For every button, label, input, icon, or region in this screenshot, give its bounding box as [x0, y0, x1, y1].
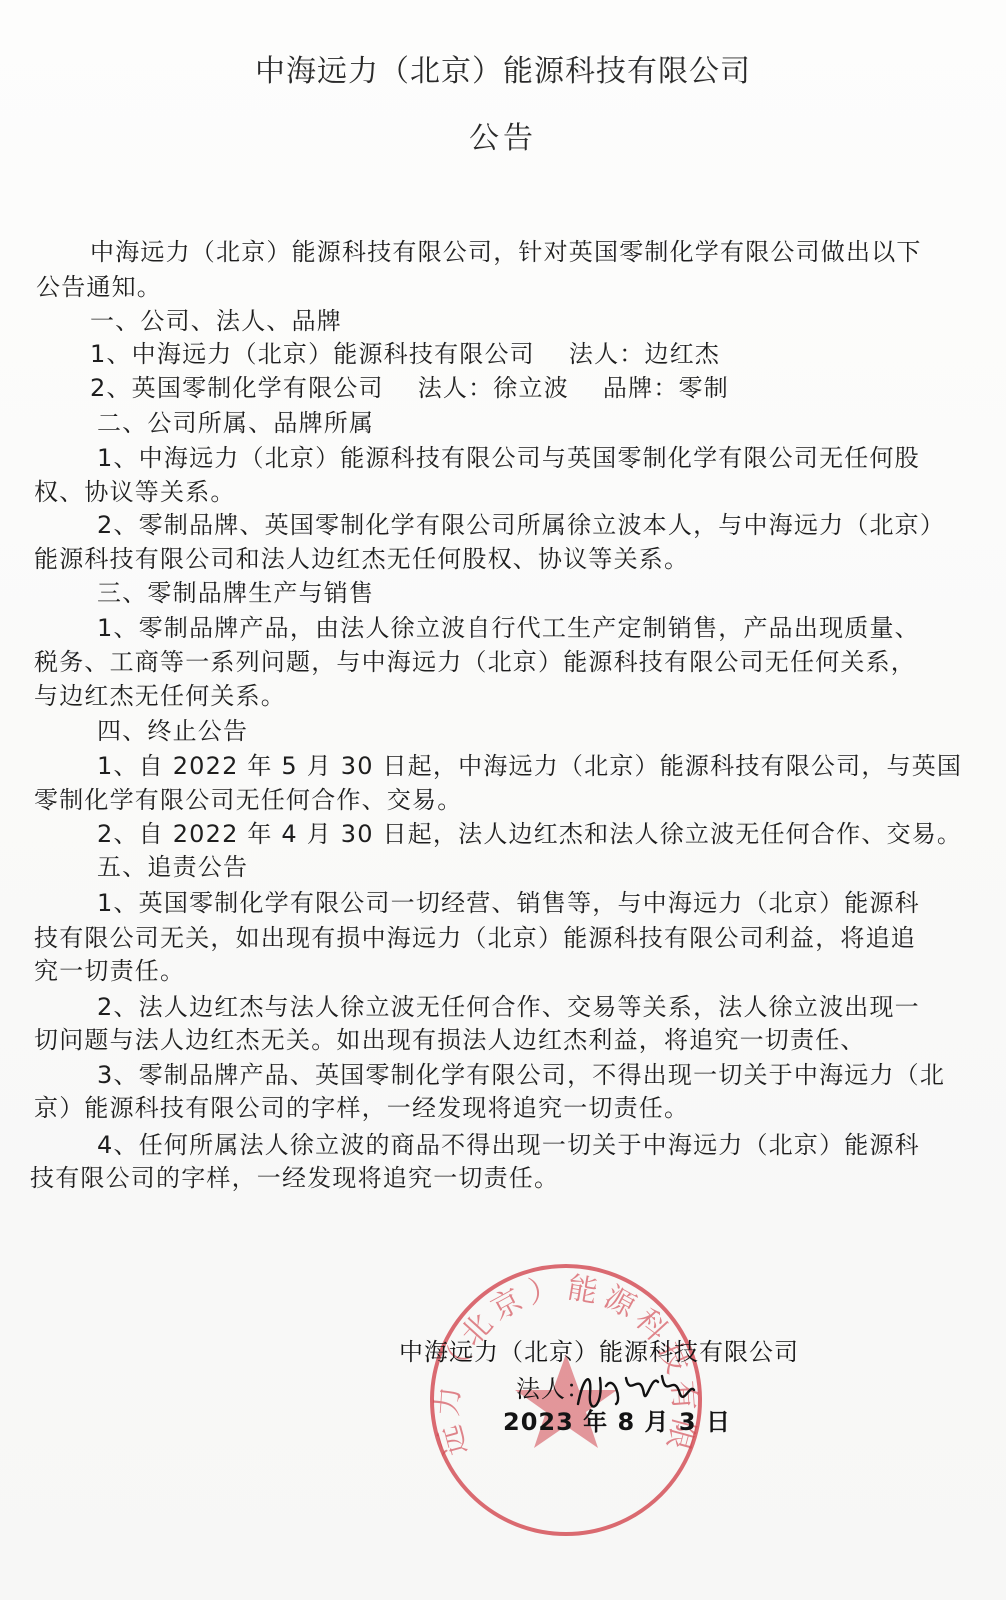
document-line: 3、零制品牌产品、英国零制化学有限公司，不得出现一切关于中海远力（北 — [97, 1060, 945, 1090]
document-line: 能源科技有限公司和法人边红杰无任何股权、协议等关系。 — [34, 544, 689, 574]
document-line: 三、零制品牌生产与销售 — [97, 578, 374, 608]
document-line: 2、零制品牌、英国零制化学有限公司所属徐立波本人，与中海远力（北京） — [97, 510, 945, 540]
document-line: 公告通知。 — [36, 272, 162, 302]
document-line: 零制化学有限公司无任何合作、交易。 — [34, 785, 462, 815]
document-line: 中海远力（北京）能源科技有限公司，针对英国零制化学有限公司做出以下 — [90, 237, 922, 267]
document-line: 究一切责任。 — [34, 956, 185, 986]
document-line: 1、零制品牌产品，由法人徐立波自行代工生产定制销售，产品出现质量、 — [97, 613, 920, 643]
document-line: 二、公司所属、品牌所属 — [97, 408, 374, 438]
document-line: 1、中海远力（北京）能源科技有限公司与英国零制化学有限公司无任何股 — [97, 443, 920, 473]
document-line: 2、法人边红杰与法人徐立波无任何合作、交易等关系，法人徐立波出现一 — [97, 992, 920, 1022]
document-type-heading: 公告 — [0, 113, 1006, 157]
document-line: 权、协议等关系。 — [34, 477, 236, 507]
document-line: 与边红杰无任何关系。 — [34, 681, 286, 711]
document-line: 技有限公司无关，如出现有损中海远力（北京）能源科技有限公司利益，将追追 — [34, 923, 916, 953]
document-line: 税务、工商等一系列问题，与中海远力（北京）能源科技有限公司无任何关系， — [34, 647, 916, 677]
document-line: 京）能源科技有限公司的字样，一经发现将追究一切责任。 — [34, 1093, 689, 1123]
document-line: 1、英国零制化学有限公司一切经营、销售等，与中海远力（北京）能源科 — [97, 888, 920, 918]
document-line: 技有限公司的字样，一经发现将追究一切责任。 — [30, 1163, 559, 1193]
company-title: 中海远力（北京）能源科技有限公司 — [0, 46, 1006, 90]
document-page: 中海远力（北京）能源科技有限公司 公告 中海远力（北京）能源科技有限公司，针对英… — [0, 0, 1006, 1600]
document-line: 1、自 2022 年 5 月 30 日起，中海远力（北京）能源科技有限公司，与英… — [97, 751, 962, 781]
signature-date: 2023 年 8 月 3 日 — [503, 1407, 731, 1437]
document-line: 五、追责公告 — [97, 852, 248, 882]
document-line: 切问题与法人边红杰无关。如出现有损法人边红杰利益，将追究一切责任、 — [34, 1025, 866, 1055]
document-line: 4、任何所属法人徐立波的商品不得出现一切关于中海远力（北京）能源科 — [97, 1130, 920, 1160]
document-line: 四、终止公告 — [97, 716, 248, 746]
document-line: 一、公司、法人、品牌 — [90, 306, 342, 336]
document-line: 2、自 2022 年 4 月 30 日起，法人边红杰和法人徐立波无任何合作、交易… — [97, 819, 962, 849]
signature-company: 中海远力（北京）能源科技有限公司 — [399, 1337, 799, 1367]
document-line: 1、中海远力（北京）能源科技有限公司 法人：边红杰 — [90, 339, 720, 369]
document-line: 2、英国零制化学有限公司 法人：徐立波 品牌：零制 — [90, 373, 729, 403]
